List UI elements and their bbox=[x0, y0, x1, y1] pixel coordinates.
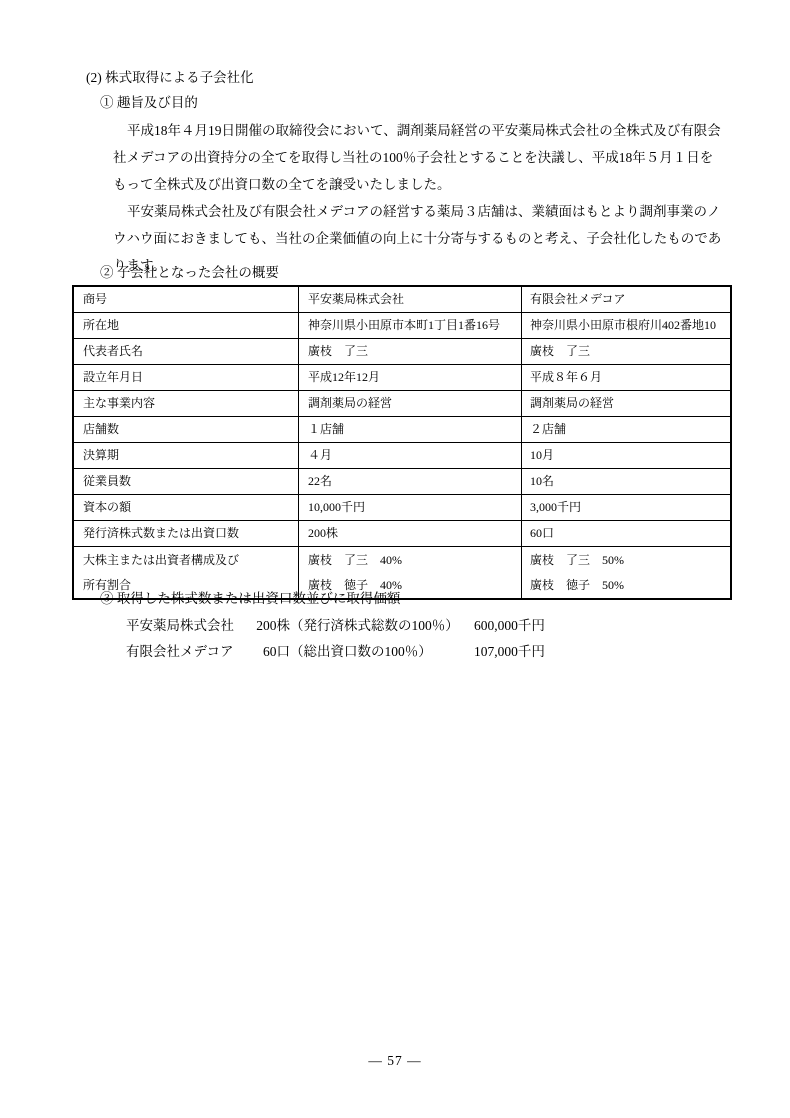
row-label-cell: 発行済株式数または出資口数 bbox=[73, 521, 299, 547]
paragraph-line: 社メデコアの出資持分の全てを取得し当社の100％子会社とすることを決議し、平成1… bbox=[113, 144, 721, 171]
company-name: 有限会社メデコア bbox=[126, 638, 243, 665]
company1-cell: 廣枝 了三 bbox=[299, 339, 522, 365]
table-row: 商号平安薬局株式会社有限会社メデコア bbox=[73, 286, 731, 313]
row-label-cell: 従業員数 bbox=[73, 469, 299, 495]
company2-cell: 平成８年６月 bbox=[522, 365, 732, 391]
company-name: 平安薬局株式会社 bbox=[126, 612, 243, 639]
company1-cell: 調剤薬局の経営 bbox=[299, 391, 522, 417]
company1-cell: 22名 bbox=[299, 469, 522, 495]
company2-cell: 10名 bbox=[522, 469, 732, 495]
table-row: 発行済株式数または出資口数200株60口 bbox=[73, 521, 731, 547]
table-row: 決算期４月10月 bbox=[73, 443, 731, 469]
acquisition-price: 600,000千円 bbox=[474, 612, 545, 639]
row-label-cell: 商号 bbox=[73, 286, 299, 313]
subsidiary-overview-table: 商号平安薬局株式会社有限会社メデコア所在地神奈川県小田原市本町1丁目1番16号神… bbox=[72, 285, 732, 600]
cell-line: 廣枝 了三 50% bbox=[530, 548, 730, 573]
table-row: 設立年月日平成12年12月平成８年６月 bbox=[73, 365, 731, 391]
company2-cell: 調剤薬局の経営 bbox=[522, 391, 732, 417]
row-label-cell: 設立年月日 bbox=[73, 365, 299, 391]
row-label-cell: 資本の額 bbox=[73, 495, 299, 521]
row-label-cell: 店舗数 bbox=[73, 417, 299, 443]
company1-cell: 平安薬局株式会社 bbox=[299, 286, 522, 313]
company2-cell: ２店舗 bbox=[522, 417, 732, 443]
share-detail: （総出資口数の100％） bbox=[290, 644, 432, 659]
company1-cell: 神奈川県小田原市本町1丁目1番16号 bbox=[299, 313, 522, 339]
table-row: 代表者氏名廣枝 了三廣枝 了三 bbox=[73, 339, 731, 365]
row-label-cell: 代表者氏名 bbox=[73, 339, 299, 365]
page-number: — 57 — bbox=[0, 1051, 790, 1071]
share-detail: （発行済株式総数の100％） bbox=[290, 618, 459, 633]
company1-cell: 10,000千円 bbox=[299, 495, 522, 521]
subsidiary-table-body: 商号平安薬局株式会社有限会社メデコア所在地神奈川県小田原市本町1丁目1番16号神… bbox=[73, 286, 731, 599]
cell-line: 廣枝 徳子 50% bbox=[530, 573, 730, 598]
company2-cell: 3,000千円 bbox=[522, 495, 732, 521]
acquisition-item: 有限会社メデコア60口（総出資口数の100％） 107,000千円 bbox=[126, 638, 686, 665]
paragraph-line: 平安薬局株式会社及び有限会社メデコアの経営する薬局３店舗は、業績面はもとより調剤… bbox=[113, 198, 721, 225]
acquisition-heading: ③ 取得した株式数または出資口数並びに取得価額 bbox=[100, 589, 400, 609]
row-label-cell: 所在地 bbox=[73, 313, 299, 339]
company2-cell: 有限会社メデコア bbox=[522, 286, 732, 313]
company2-cell: 廣枝 了三 bbox=[522, 339, 732, 365]
cell-line: 大株主または出資者構成及び bbox=[83, 548, 298, 573]
row-label-cell: 主な事業内容 bbox=[73, 391, 299, 417]
document-page: (2) 株式取得による子会社化 ① 趣旨及び目的 平成18年４月19日開催の取締… bbox=[0, 0, 790, 1118]
purpose-paragraphs: 平成18年４月19日開催の取締役会において、調剤薬局経営の平安薬局株式会社の全株… bbox=[113, 117, 721, 279]
table-row: 主な事業内容調剤薬局の経営調剤薬局の経営 bbox=[73, 391, 731, 417]
company1-cell: 平成12年12月 bbox=[299, 365, 522, 391]
table-row: 所在地神奈川県小田原市本町1丁目1番16号神奈川県小田原市根府川402番地10 bbox=[73, 313, 731, 339]
share-quantity: 200株 bbox=[243, 612, 290, 639]
table-row: 資本の額10,000千円3,000千円 bbox=[73, 495, 731, 521]
company2-cell: 神奈川県小田原市根府川402番地10 bbox=[522, 313, 732, 339]
table-row: 店舗数１店舗２店舗 bbox=[73, 417, 731, 443]
company1-cell: ４月 bbox=[299, 443, 522, 469]
company1-cell: １店舗 bbox=[299, 417, 522, 443]
acquisition-item: 平安薬局株式会社200株（発行済株式総数の100％） 600,000千円 bbox=[126, 612, 686, 639]
cell-line: 廣枝 了三 40% bbox=[308, 548, 521, 573]
table-row: 従業員数22名10名 bbox=[73, 469, 731, 495]
paragraph-line: もって全株式及び出資口数の全てを譲受いたしました。 bbox=[113, 171, 721, 198]
paragraph-line: 平成18年４月19日開催の取締役会において、調剤薬局経営の平安薬局株式会社の全株… bbox=[113, 117, 721, 144]
row-label-cell: 決算期 bbox=[73, 443, 299, 469]
company1-cell: 200株 bbox=[299, 521, 522, 547]
paragraph-line: ウハウ面におきましても、当社の企業価値の向上に十分寄与するものと考え、子会社化し… bbox=[113, 225, 721, 252]
company2-cell: 10月 bbox=[522, 443, 732, 469]
acquisition-price: 107,000千円 bbox=[474, 638, 545, 665]
overview-heading: ② 子会社となった会社の概要 bbox=[100, 263, 279, 283]
share-quantity: 60口 bbox=[243, 638, 290, 665]
company2-cell: 60口 bbox=[522, 521, 732, 547]
purpose-heading: ① 趣旨及び目的 bbox=[100, 93, 198, 113]
company2-cell: 廣枝 了三 50%廣枝 徳子 50% bbox=[522, 547, 732, 600]
section-heading: (2) 株式取得による子会社化 bbox=[86, 68, 254, 88]
